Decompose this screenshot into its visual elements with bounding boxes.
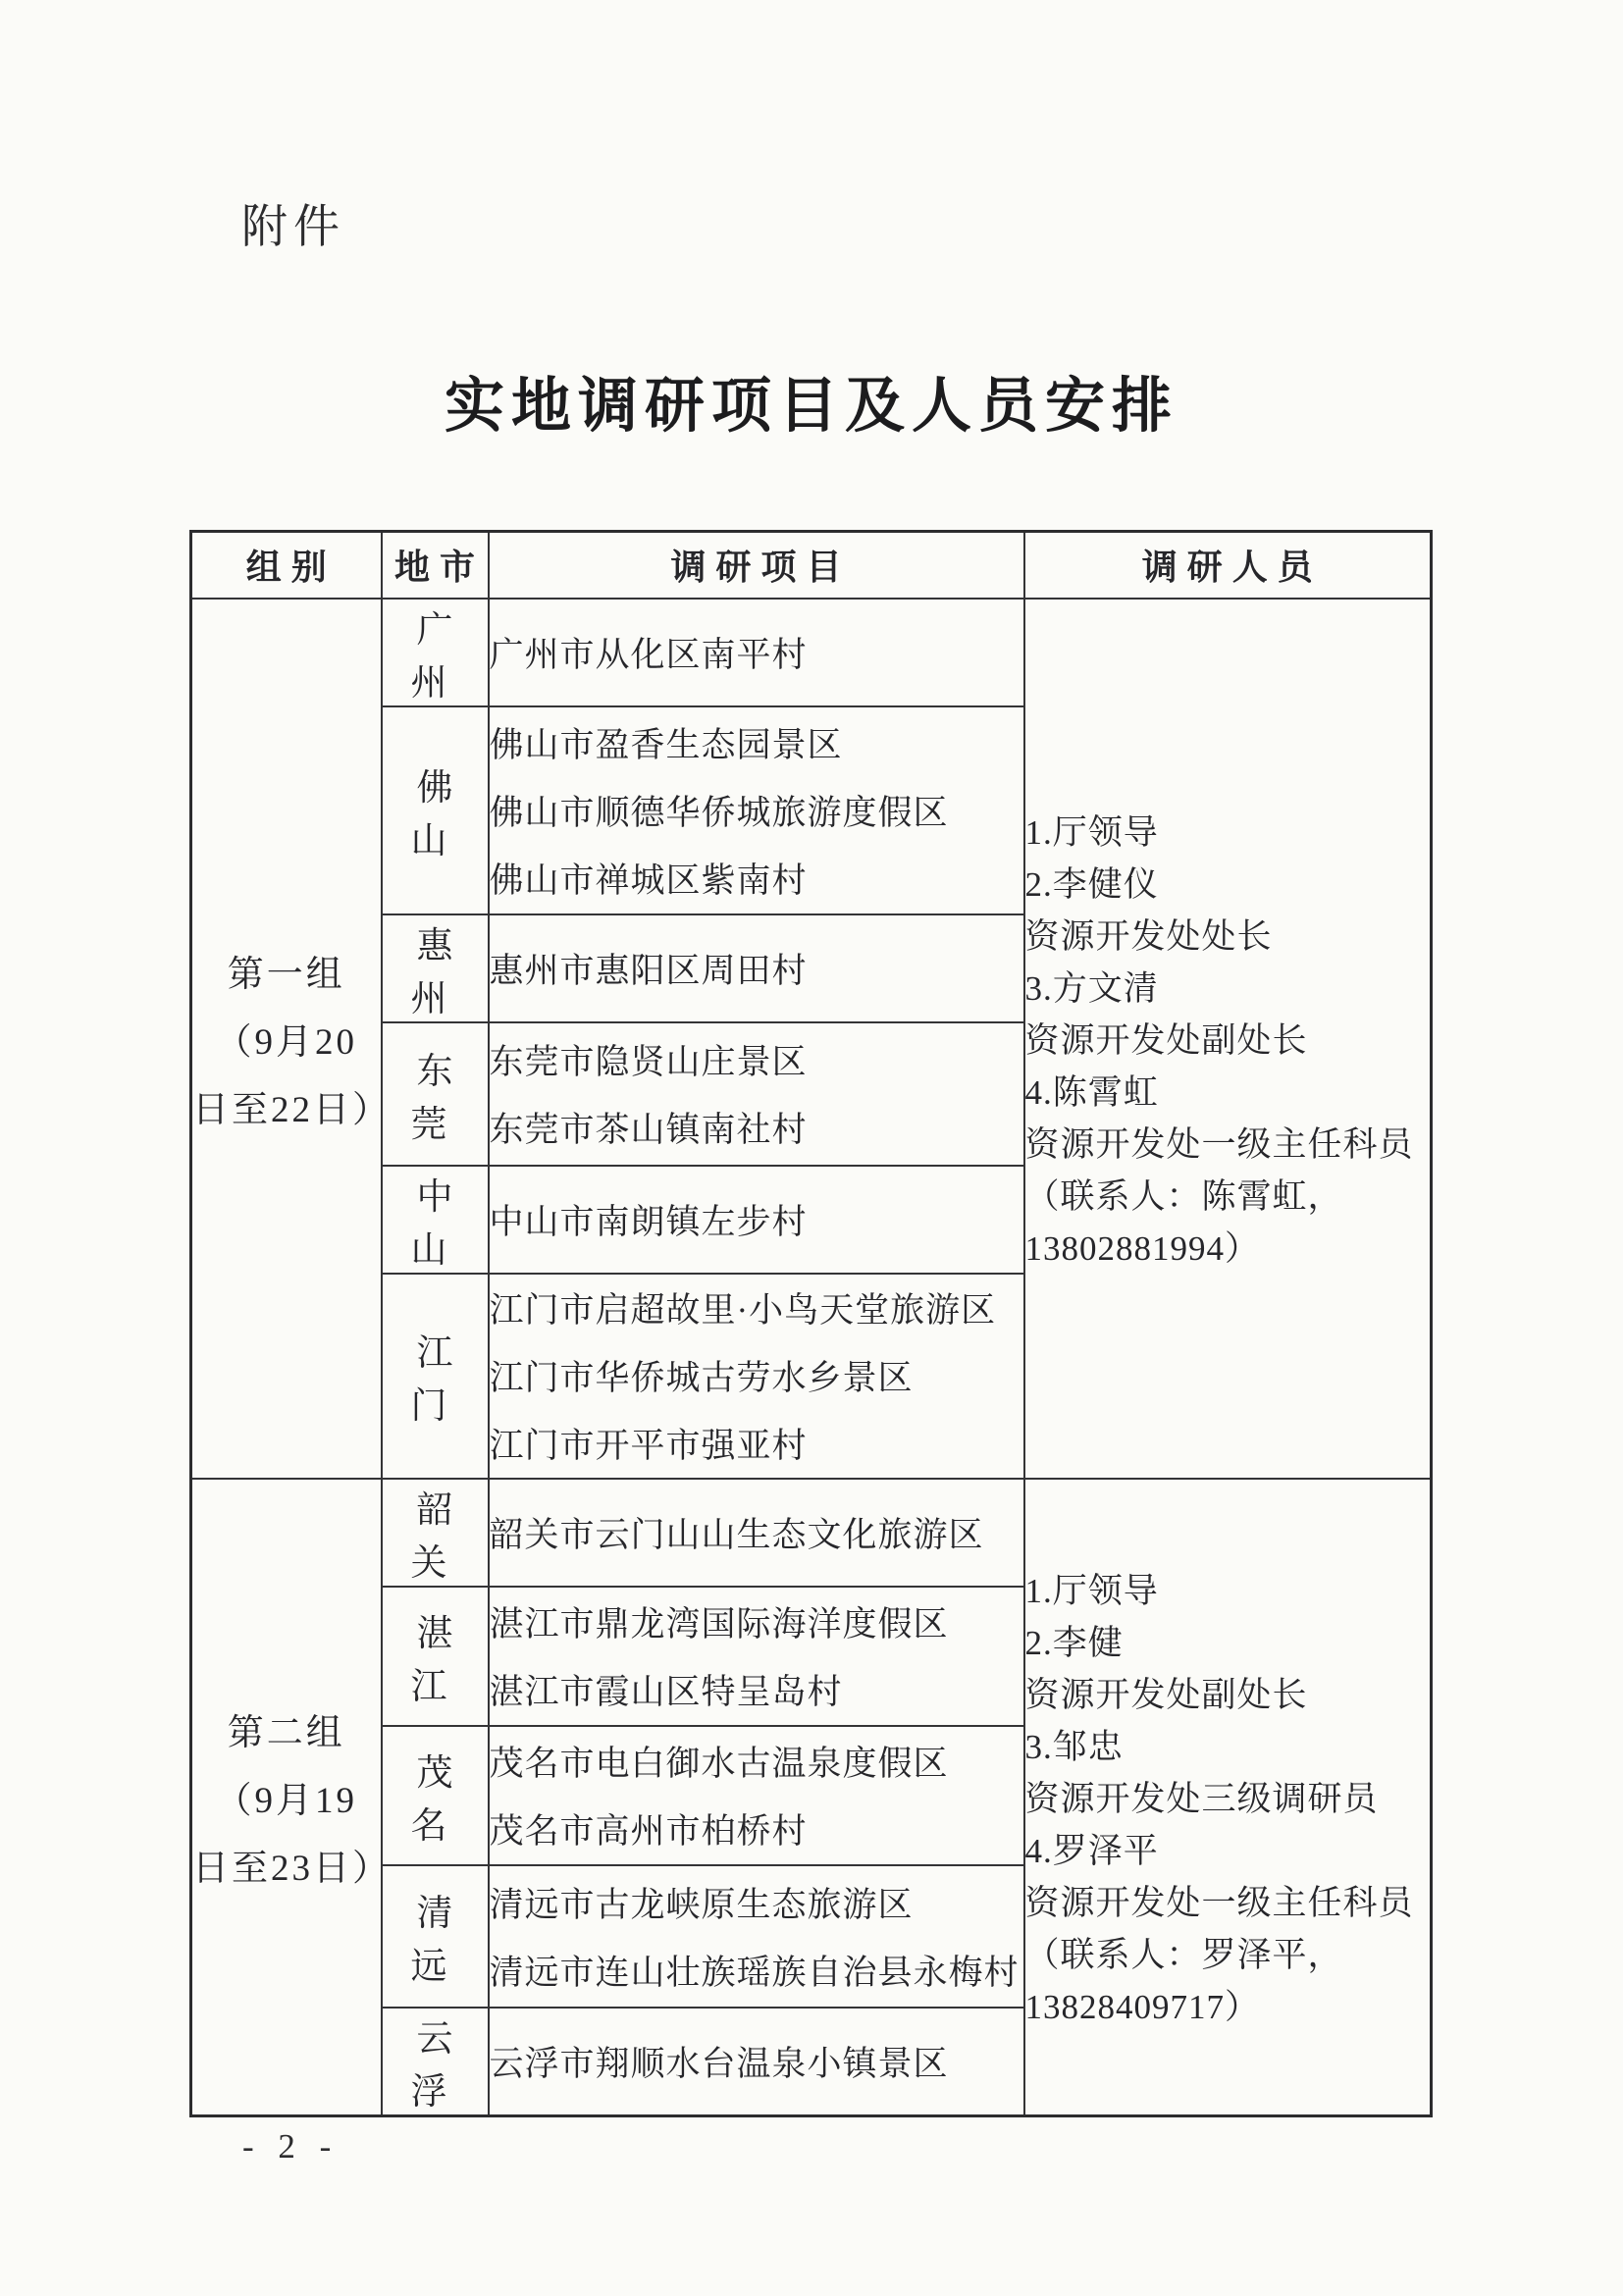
group2-label-cell: 第二组 （9月19 日至23日） bbox=[191, 1479, 382, 2116]
city-cell: 云浮 bbox=[382, 2008, 489, 2116]
group1-personnel-cell: 1.厅领导 2.李健仪 资源开发处处长 3.方文清 资源开发处副处长 4.陈霄虹… bbox=[1024, 599, 1432, 1479]
group1-name: 第一组 bbox=[192, 937, 381, 1005]
personnel-line: 3.方文清 bbox=[1025, 961, 1431, 1013]
personnel-line: 3.邹忠 bbox=[1025, 1719, 1431, 1771]
personnel-line: 1.厅领导 bbox=[1025, 805, 1431, 857]
personnel-line: 资源开发处一级主任科员 bbox=[1025, 1875, 1431, 1927]
city-cell: 清远 bbox=[382, 1865, 489, 2008]
personnel-line: 资源开发处三级调研员 bbox=[1025, 1771, 1431, 1823]
table-header-row: 组别 地市 调研项目 调研人员 bbox=[191, 532, 1432, 599]
group1-date-line1: （9月20 bbox=[192, 1005, 381, 1072]
personnel-line: （联系人：陈霄虹， bbox=[1025, 1169, 1431, 1221]
projects-cell: 江门市启超故里·小鸟天堂旅游区 江门市华侨城古劳水乡景区 江门市开平市强亚村 bbox=[489, 1274, 1024, 1479]
city-cell: 惠州 bbox=[382, 914, 489, 1022]
project-item: 江门市华侨城古劳水乡景区 bbox=[490, 1342, 1023, 1410]
table-row: 第一组 （9月20 日至22日） 广州 广州市从化区南平村 1.厅领导 2.李健… bbox=[191, 599, 1432, 706]
group2-name: 第二组 bbox=[192, 1696, 381, 1763]
project-item: 广州市从化区南平村 bbox=[490, 618, 1023, 686]
project-item: 清远市连山壮族瑶族自治县永梅村 bbox=[490, 1936, 1023, 2004]
personnel-line: 2.李健 bbox=[1025, 1615, 1431, 1667]
city-cell: 韶关 bbox=[382, 1479, 489, 1587]
city-cell: 广州 bbox=[382, 599, 489, 706]
research-schedule-table: 组别 地市 调研项目 调研人员 第一组 （9月20 日至22日） 广州 广州市从… bbox=[189, 530, 1433, 2117]
projects-cell: 广州市从化区南平村 bbox=[489, 599, 1024, 706]
document-page: 附件 实地调研项目及人员安排 组别 地市 调研项目 调研人员 第一组 （9月20… bbox=[0, 0, 1623, 2296]
personnel-line: 资源开发处副处长 bbox=[1025, 1013, 1431, 1065]
project-item: 佛山市禅城区紫南村 bbox=[490, 844, 1023, 912]
personnel-line: 资源开发处处长 bbox=[1025, 909, 1431, 961]
city-cell: 佛山 bbox=[382, 706, 489, 914]
project-item: 韶关市云门山山生态文化旅游区 bbox=[490, 1498, 1023, 1566]
col-header-city: 地市 bbox=[382, 532, 489, 599]
project-item: 茂名市高州市柏桥村 bbox=[490, 1796, 1023, 1863]
project-item: 东莞市茶山镇南社村 bbox=[490, 1094, 1023, 1162]
group2-date-line1: （9月19 bbox=[192, 1763, 381, 1831]
projects-cell: 茂名市电白御水古温泉度假区 茂名市高州市柏桥村 bbox=[489, 1726, 1024, 1865]
personnel-line: 13802881994） bbox=[1025, 1221, 1431, 1273]
projects-cell: 惠州市惠阳区周田村 bbox=[489, 914, 1024, 1022]
project-item: 清远市古龙峡原生态旅游区 bbox=[490, 1868, 1023, 1936]
projects-cell: 东莞市隐贤山庄景区 东莞市茶山镇南社村 bbox=[489, 1022, 1024, 1166]
project-item: 中山市南朗镇左步村 bbox=[490, 1185, 1023, 1253]
col-header-group: 组别 bbox=[191, 532, 382, 599]
projects-cell: 中山市南朗镇左步村 bbox=[489, 1166, 1024, 1274]
personnel-line: 4.罗泽平 bbox=[1025, 1823, 1431, 1875]
group2-date-line2: 日至23日） bbox=[192, 1831, 381, 1899]
project-item: 湛江市霞山区特呈岛村 bbox=[490, 1656, 1023, 1724]
city-cell: 中山 bbox=[382, 1166, 489, 1274]
group1-date-line2: 日至22日） bbox=[192, 1072, 381, 1140]
page-title: 实地调研项目及人员安排 bbox=[0, 376, 1623, 439]
personnel-line: 资源开发处副处长 bbox=[1025, 1667, 1431, 1719]
table-row: 第二组 （9月19 日至23日） 韶关 韶关市云门山山生态文化旅游区 1.厅领导… bbox=[191, 1479, 1432, 1587]
projects-cell: 清远市古龙峡原生态旅游区 清远市连山壮族瑶族自治县永梅村 bbox=[489, 1865, 1024, 2008]
projects-cell: 湛江市鼎龙湾国际海洋度假区 湛江市霞山区特呈岛村 bbox=[489, 1587, 1024, 1726]
personnel-line: （联系人：罗泽平， bbox=[1025, 1927, 1431, 1979]
personnel-line: 资源开发处一级主任科员 bbox=[1025, 1117, 1431, 1169]
project-item: 云浮市翔顺水台温泉小镇景区 bbox=[490, 2027, 1023, 2095]
project-item: 茂名市电白御水古温泉度假区 bbox=[490, 1728, 1023, 1796]
group1-label-cell: 第一组 （9月20 日至22日） bbox=[191, 599, 382, 1479]
projects-cell: 云浮市翔顺水台温泉小镇景区 bbox=[489, 2008, 1024, 2116]
personnel-line: 13828409717） bbox=[1025, 1979, 1431, 2031]
project-item: 惠州市惠阳区周田村 bbox=[490, 934, 1023, 1002]
project-item: 江门市开平市强亚村 bbox=[490, 1410, 1023, 1478]
projects-cell: 韶关市云门山山生态文化旅游区 bbox=[489, 1479, 1024, 1587]
page-number: - 2 - bbox=[242, 2127, 339, 2166]
project-item: 东莞市隐贤山庄景区 bbox=[490, 1026, 1023, 1094]
project-item: 江门市启超故里·小鸟天堂旅游区 bbox=[490, 1275, 1023, 1342]
city-cell: 东莞 bbox=[382, 1022, 489, 1166]
project-item: 佛山市盈香生态园景区 bbox=[490, 708, 1023, 776]
city-cell: 茂名 bbox=[382, 1726, 489, 1865]
attachment-label: 附件 bbox=[241, 201, 345, 252]
personnel-line: 1.厅领导 bbox=[1025, 1563, 1431, 1615]
group2-personnel-cell: 1.厅领导 2.李健 资源开发处副处长 3.邹忠 资源开发处三级调研员 4.罗泽… bbox=[1024, 1479, 1432, 2116]
city-cell: 江门 bbox=[382, 1274, 489, 1479]
personnel-line: 4.陈霄虹 bbox=[1025, 1065, 1431, 1117]
personnel-line: 2.李健仪 bbox=[1025, 857, 1431, 909]
project-item: 佛山市顺德华侨城旅游度假区 bbox=[490, 776, 1023, 844]
col-header-personnel: 调研人员 bbox=[1024, 532, 1432, 599]
projects-cell: 佛山市盈香生态园景区 佛山市顺德华侨城旅游度假区 佛山市禅城区紫南村 bbox=[489, 706, 1024, 914]
city-cell: 湛江 bbox=[382, 1587, 489, 1726]
project-item: 湛江市鼎龙湾国际海洋度假区 bbox=[490, 1589, 1023, 1656]
col-header-projects: 调研项目 bbox=[489, 532, 1024, 599]
